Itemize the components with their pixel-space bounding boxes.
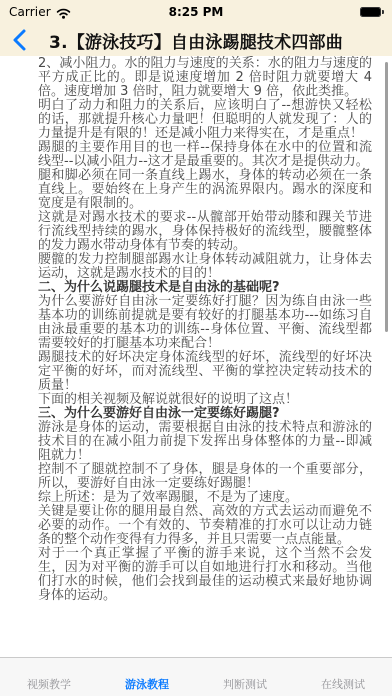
paragraph: 综上所述：是为了效率踢腿，不是为了速度。 <box>38 491 372 505</box>
tab-swim-tutorial[interactable]: 游泳教程 <box>98 658 196 696</box>
paragraph: 控制不了腿就控制不了身体，腿是身体的一个重要部分，所以，要游好自由泳一定要练好踢… <box>38 463 372 491</box>
article-content[interactable]: 2、减小阻力。水的阻力与速度的关系：水的阻力与速度的平方成正比的。即是说速度增加… <box>0 56 392 657</box>
section-heading: 二、为什么说踢腿技术是自由泳的基础呢? <box>38 281 372 295</box>
paragraph: 踢腿的主要作用目的也一样--保持身体在水中的位置和流线型--以减小阻力--这才是… <box>38 141 372 169</box>
back-button[interactable] <box>8 27 32 53</box>
tab-label: 游泳教程 <box>125 676 169 692</box>
paragraph: 明白了动力和阻力的关系后，应该明白了--想游快又轻松的话，那就提升核心力量吧！但… <box>38 99 372 141</box>
paragraph: 这就是对踢水技术的要求--从髋部开始带动膝和踝关节进行流线型持续的踢水，身体保持… <box>38 211 372 253</box>
section-heading: 三、为什么要游好自由泳一定要练好踢腿? <box>38 407 372 421</box>
tab-video-lessons[interactable]: 视频教学 <box>0 658 98 696</box>
paragraph: 关键是要让你的腿用最自然、高效的方式去运动而避免不必要的动作。一个有效的、节奏精… <box>38 505 372 547</box>
scrollbar-thumb[interactable] <box>385 62 388 332</box>
tab-label: 在线测试 <box>321 676 365 692</box>
paragraph: 2、减小阻力。水的阻力与速度的关系：水的阻力与速度的平方成正比的。即是说速度增加… <box>38 57 372 99</box>
tab-online-test[interactable]: 在线测试 <box>294 658 392 696</box>
page-title: 3.【游泳技巧】自由泳踢腿技术四部曲 <box>0 28 392 53</box>
tab-bar: 视频教学 游泳教程 判断测试 在线测试 <box>0 657 392 696</box>
paragraph: 腿和脚必须在同一条直线上踢水，身体的转动必须在一条直线上。要始终在上身产生的涡流… <box>38 169 372 211</box>
tab-judgement-test[interactable]: 判断测试 <box>196 658 294 696</box>
tab-label: 视频教学 <box>27 676 71 692</box>
paragraph: 踢腿技术的好坏决定身体流线型的好坏，流线型的好坏决定平衡的好坏，而对流线型、平衡… <box>38 351 372 393</box>
navigation-bar: 3.【游泳技巧】自由泳踢腿技术四部曲 <box>0 24 392 56</box>
app-window: Carrier 8:25 PM 3.【游泳技巧】自由泳踢腿技术四部曲 2、减小阻… <box>0 0 392 696</box>
paragraph: 腰髋的发力控制腿部踢水让身体转动减阻就力，让身体去运动，这就是踢水技术的目的！ <box>38 253 372 281</box>
clock-time: 8:25 PM <box>0 5 392 19</box>
paragraph: 对于一个真正掌握了平衡的游手来说，这个当然不会发生，因为对平衡的游手可以自如地进… <box>38 547 372 603</box>
battery-icon <box>360 7 384 17</box>
paragraph: 为什么要游好自由泳一定要练好打腿？因为练自由泳一些基本功的训练前提就是要有较好的… <box>38 295 372 351</box>
paragraph: 下面的相关视频及解说就很好的说明了这点！ <box>38 393 372 407</box>
paragraph: 游泳是身体的运动，需要根据自由泳的技术特点和游泳的技术目的在减小阻力前提下发挥出… <box>38 421 372 463</box>
tab-label: 判断测试 <box>223 676 267 692</box>
status-bar: Carrier 8:25 PM <box>0 0 392 24</box>
